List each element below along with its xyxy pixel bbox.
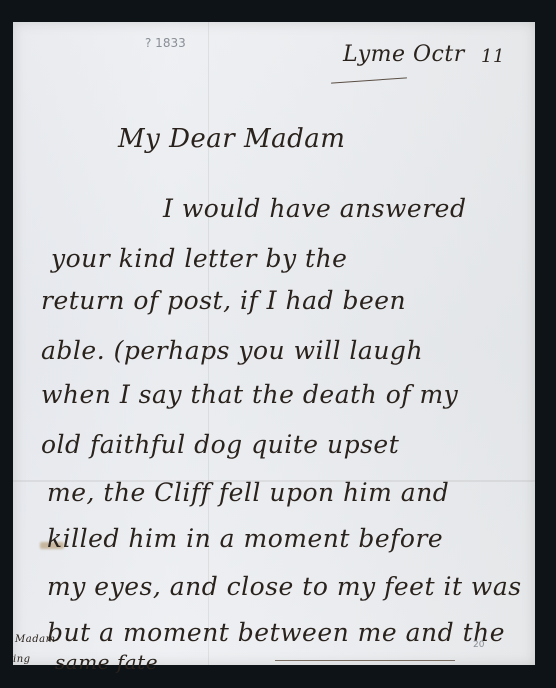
pencil-year-annotation: ? 1833 [145,36,186,50]
pencil-page-number: 20 [473,640,484,650]
body-line-1: I would have answered [163,194,466,223]
body-line-6: old faithful dog quite upset [41,430,399,459]
letter-day: 11 [481,46,505,67]
body-line-11: same fate [55,650,158,674]
body-line-3: return of post, if I had been [41,286,406,315]
body-line-9: my eyes, and close to my feet it was [47,572,522,601]
letter-place-date: Lyme Octr [343,42,465,67]
body-line-10: but a moment between me and the [47,618,505,647]
body-line-7: me, the Cliff fell upon him and [47,478,449,507]
body-line-4: able. (perhaps you will laugh [41,336,423,365]
margin-note-line-1: Madam [15,634,56,645]
body-line-5: when I say that the death of my [41,380,458,409]
margin-note-line-2: ing [13,654,31,665]
salutation: My Dear Madam [118,124,345,154]
date-underline [331,77,407,83]
closing-rule [275,660,455,661]
body-line-8: killed him in a moment before [47,524,443,553]
letter-page: ? 1833 Lyme Octr 11 My Dear Madam I woul… [13,22,535,665]
body-line-2: your kind letter by the [51,244,347,273]
